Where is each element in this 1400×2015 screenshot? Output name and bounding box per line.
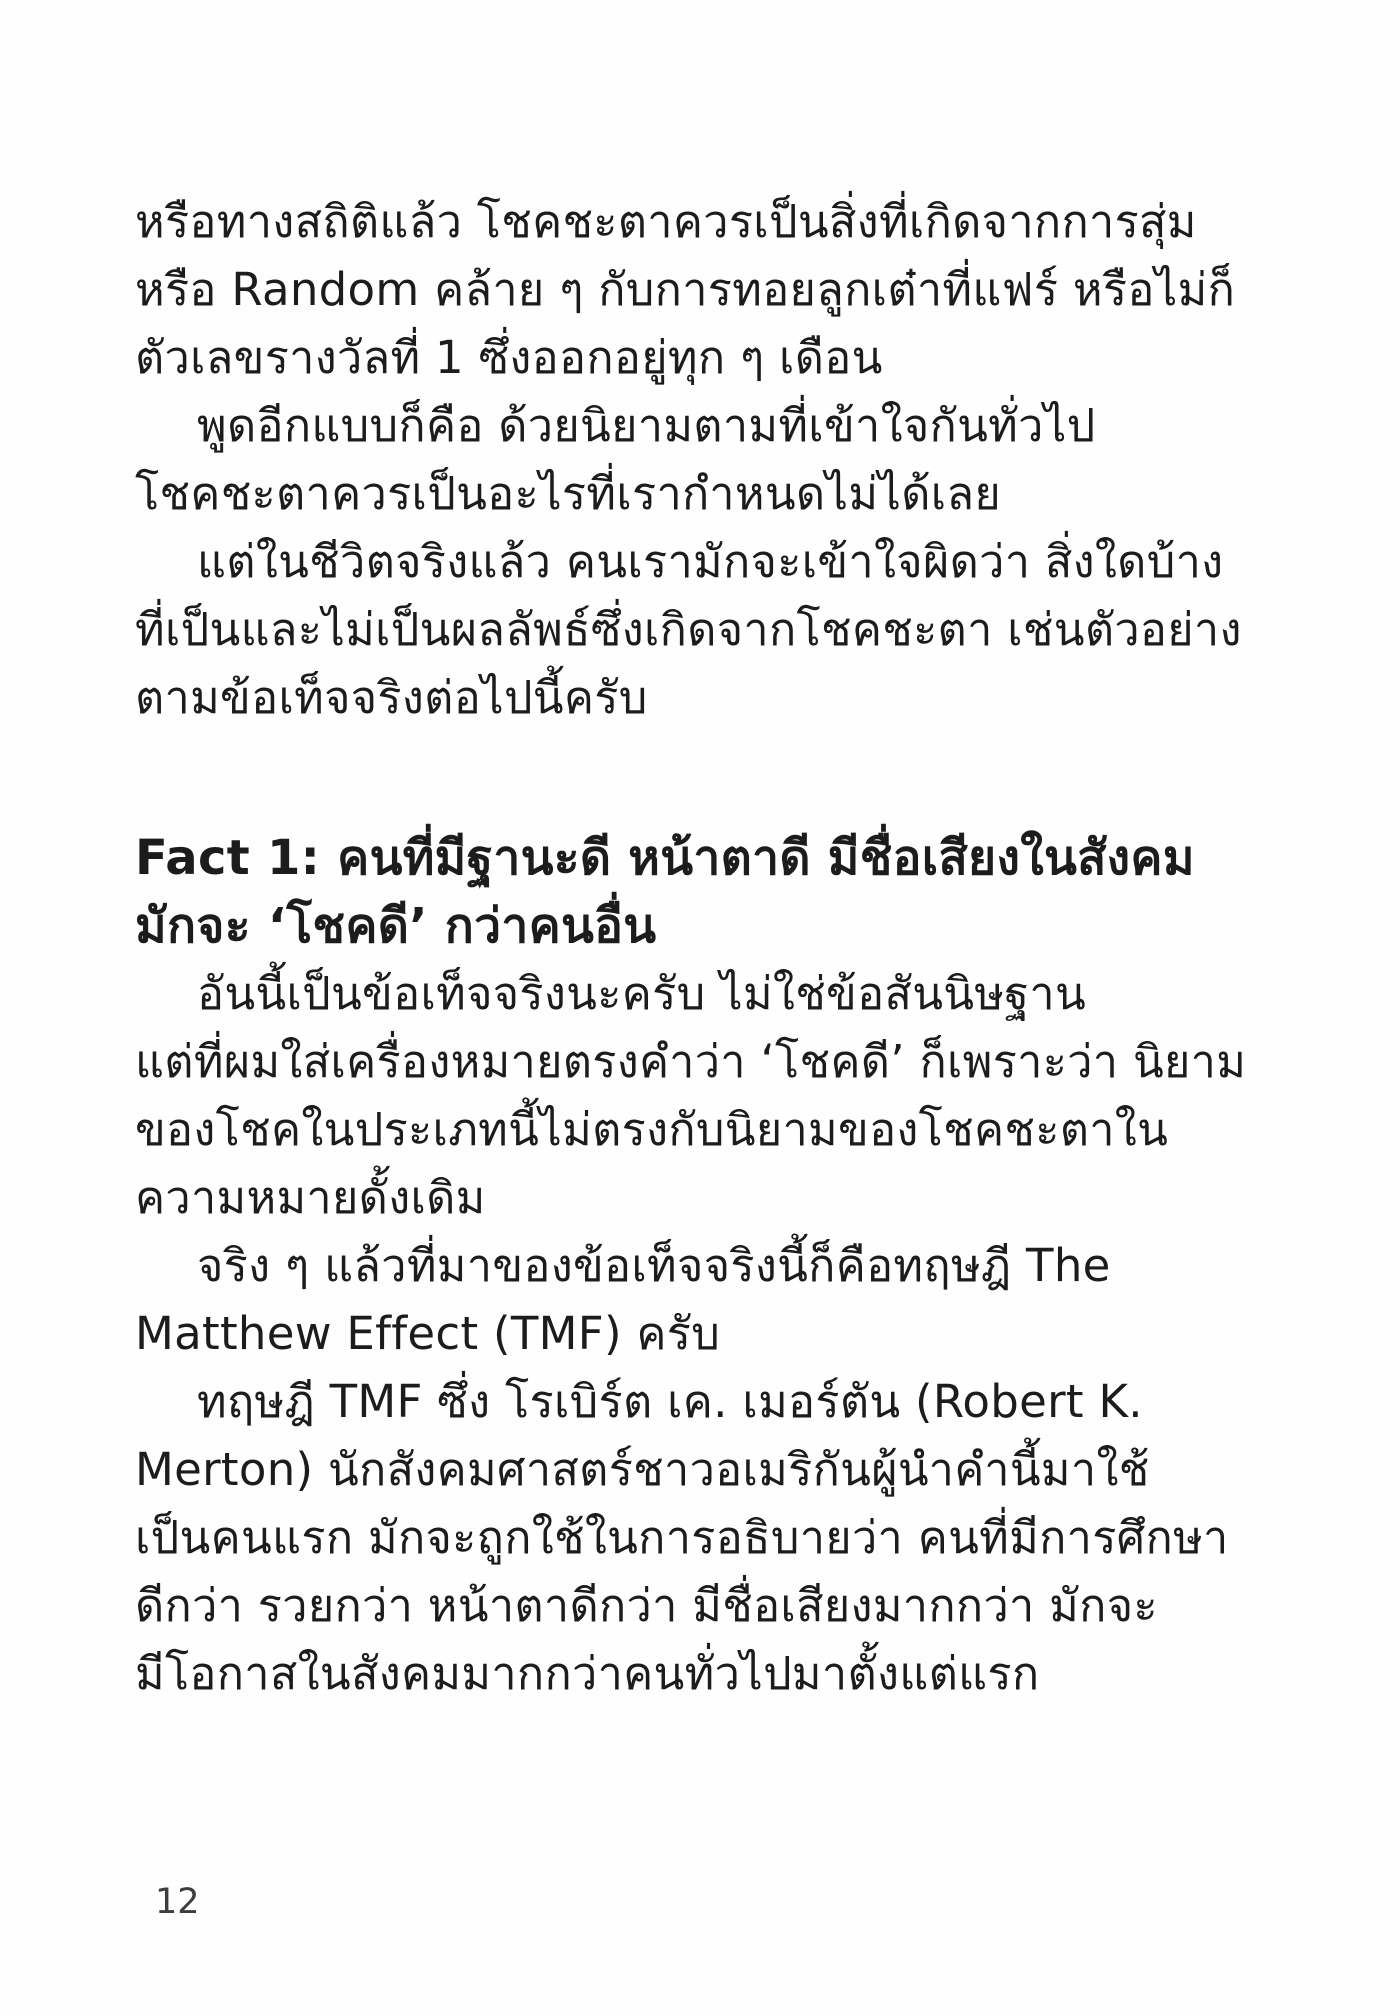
body-line: ของโชคในประเภทนี้ไม่ตรงกับนิยามของโชคชะต… (135, 1096, 1120, 1164)
body-line: หรือ Random คล้าย ๆ กับการทอยลูกเต๋าที่แ… (135, 256, 1120, 324)
body-line: แต่ที่ผมใส่เครื่องหมายตรงคำว่า ‘โชคดี’ ก… (135, 1028, 1120, 1096)
body-line: Merton) นักสังคมศาสตร์ชาวอเมริกันผู้นำคำ… (135, 1436, 1120, 1504)
text-block: หรือทางสถิติแล้ว โชคชะตาควรเป็นสิ่งที่เก… (135, 188, 1120, 1708)
body-line: ดีกว่า รวยกว่า หน้าตาดีกว่า มีชื่อเสียงม… (135, 1572, 1120, 1640)
body-line: ตัวเลขรางวัลที่ 1 ซึ่งออกอยู่ทุก ๆ เดือน (135, 324, 1120, 392)
body-line: ความหมายดั้งเดิม (135, 1164, 1120, 1232)
book-page: หรือทางสถิติแล้ว โชคชะตาควรเป็นสิ่งที่เก… (0, 0, 1400, 2015)
body-line: โชคชะตาควรเป็นอะไรที่เรากำหนดไม่ได้เลย (135, 460, 1120, 528)
section-heading-line: Fact 1: คนที่มีฐานะดี หน้าตาดี มีชื่อเสี… (135, 824, 1120, 892)
body-line: แต่ในชีวิตจริงแล้ว คนเรามักจะเข้าใจผิดว่… (135, 528, 1120, 596)
body-line: ที่เป็นและไม่เป็นผลลัพธ์ซึ่งเกิดจากโชคชะ… (135, 596, 1120, 664)
body-line: เป็นคนแรก มักจะถูกใช้ในการอธิบายว่า คนที… (135, 1504, 1120, 1572)
body-line: หรือทางสถิติแล้ว โชคชะตาควรเป็นสิ่งที่เก… (135, 188, 1120, 256)
section-heading-line: มักจะ ‘โชคดี’ กว่าคนอื่น (135, 892, 1120, 960)
body-line: พูดอีกแบบก็คือ ด้วยนิยามตามที่เข้าใจกันท… (135, 392, 1120, 460)
body-line: ทฤษฎี TMF ซึ่ง โรเบิร์ต เค. เมอร์ตัน (Ro… (135, 1368, 1120, 1436)
body-line: อันนี้เป็นข้อเท็จจริงนะครับ ไม่ใช่ข้อสัน… (135, 960, 1120, 1028)
body-line: ตามข้อเท็จจริงต่อไปนี้ครับ (135, 664, 1120, 732)
page-number: 12 (155, 1880, 200, 1924)
body-line: จริง ๆ แล้วที่มาของข้อเท็จจริงนี้ก็คือทฤ… (135, 1232, 1120, 1300)
body-line: Matthew Effect (TMF) ครับ (135, 1300, 1120, 1368)
body-line: มีโอกาสในสังคมมากกว่าคนทั่วไปมาตั้งแต่แร… (135, 1640, 1120, 1708)
